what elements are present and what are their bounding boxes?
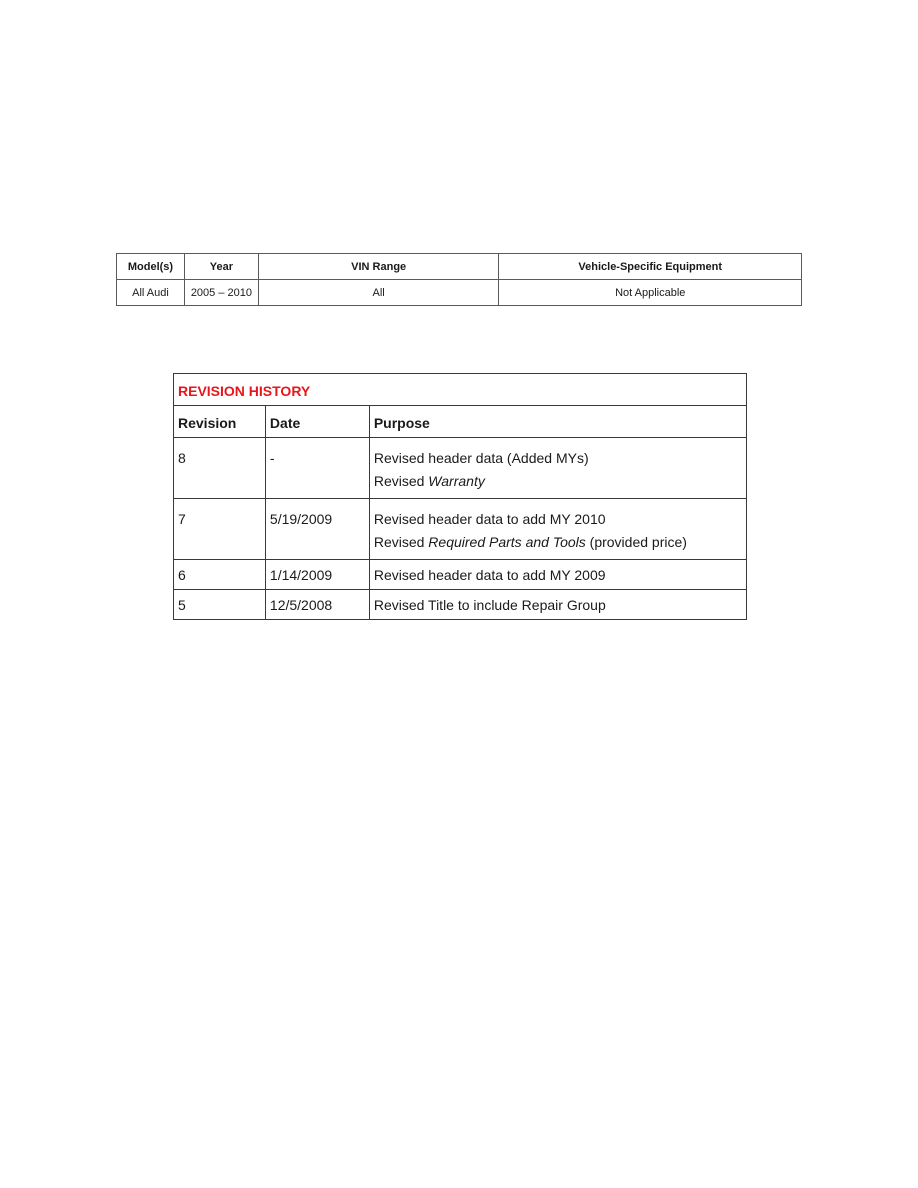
cell-revision: 8 <box>174 438 266 499</box>
purpose-text: Revised header data to add MY 2009 <box>374 567 606 583</box>
cell-date: 5/19/2009 <box>265 499 369 560</box>
header-models: Model(s) <box>117 254 185 280</box>
purpose-suffix: (provided price) <box>586 534 687 550</box>
cell-date: - <box>265 438 369 499</box>
purpose-emphasis: Required Parts and Tools <box>428 534 585 550</box>
purpose-text: Revised <box>374 534 428 550</box>
table-row: 8-Revised header data (Added MYs)Revised… <box>174 438 747 499</box>
cell-date: 1/14/2009 <box>265 560 369 590</box>
purpose-line: Revised Warranty <box>374 470 742 493</box>
table-row: 75/19/2009Revised header data to add MY … <box>174 499 747 560</box>
purpose-line: Revised header data to add MY 2010 <box>374 508 742 531</box>
cell-vin-range: All <box>258 280 499 306</box>
cell-vehicle-equipment: Not Applicable <box>499 280 802 306</box>
table-row: 512/5/2008Revised Title to include Repai… <box>174 590 747 620</box>
header-purpose: Purpose <box>369 406 746 438</box>
cell-revision: 7 <box>174 499 266 560</box>
header-revision: Revision <box>174 406 266 438</box>
cell-purpose: Revised Title to include Repair Group <box>369 590 746 620</box>
purpose-line: Revised header data to add MY 2009 <box>374 564 742 587</box>
revision-history-title: REVISION HISTORY <box>174 374 747 406</box>
applicability-table: Model(s) Year VIN Range Vehicle-Specific… <box>116 253 802 306</box>
cell-revision: 6 <box>174 560 266 590</box>
table-row: 61/14/2009Revised header data to add MY … <box>174 560 747 590</box>
cell-date: 12/5/2008 <box>265 590 369 620</box>
header-vehicle-equipment: Vehicle-Specific Equipment <box>499 254 802 280</box>
purpose-text: Revised header data to add MY 2010 <box>374 511 606 527</box>
cell-purpose: Revised header data to add MY 2009 <box>369 560 746 590</box>
cell-year: 2005 – 2010 <box>184 280 258 306</box>
purpose-line: Revised Title to include Repair Group <box>374 594 742 617</box>
cell-revision: 5 <box>174 590 266 620</box>
header-year: Year <box>184 254 258 280</box>
purpose-line: Revised header data (Added MYs) <box>374 447 742 470</box>
header-vin-range: VIN Range <box>258 254 499 280</box>
revision-title-row: REVISION HISTORY <box>174 374 747 406</box>
cell-purpose: Revised header data to add MY 2010Revise… <box>369 499 746 560</box>
table-row: All Audi 2005 – 2010 All Not Applicable <box>117 280 802 306</box>
purpose-text: Revised Title to include Repair Group <box>374 597 606 613</box>
purpose-line: Revised Required Parts and Tools (provid… <box>374 531 742 554</box>
cell-purpose: Revised header data (Added MYs)Revised W… <box>369 438 746 499</box>
purpose-emphasis: Warranty <box>428 473 485 489</box>
applicability-header-row: Model(s) Year VIN Range Vehicle-Specific… <box>117 254 802 280</box>
revision-header-row: Revision Date Purpose <box>174 406 747 438</box>
purpose-text: Revised header data (Added MYs) <box>374 450 589 466</box>
header-date: Date <box>265 406 369 438</box>
revision-history-table: REVISION HISTORY Revision Date Purpose 8… <box>173 373 747 620</box>
purpose-text: Revised <box>374 473 428 489</box>
cell-models: All Audi <box>117 280 185 306</box>
